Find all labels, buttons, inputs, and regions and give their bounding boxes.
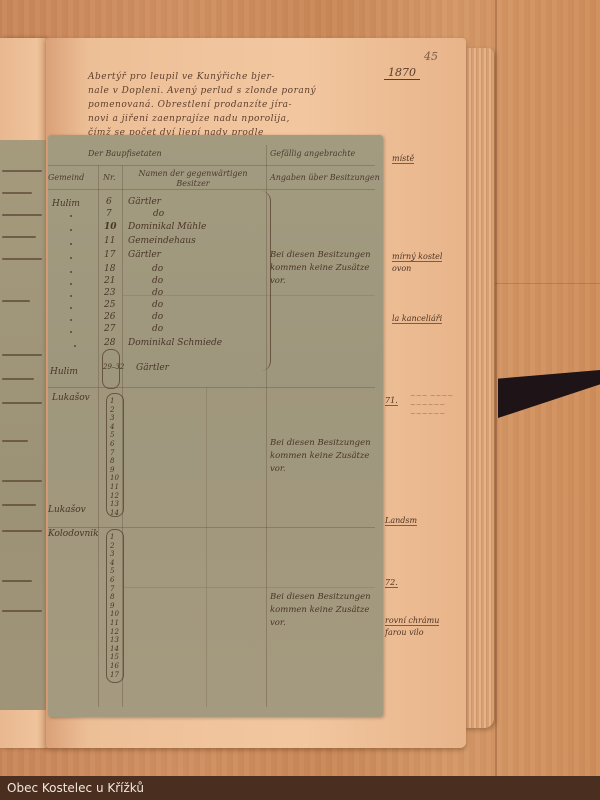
row-number: 25 (104, 300, 115, 310)
row-name: Gärtler (128, 197, 161, 207)
margin-note: ovon (392, 264, 411, 273)
column-header-remarks-top: Gefällig angebrachte (270, 149, 355, 158)
margin-note: 72. (385, 578, 398, 588)
handwritten-line: pomenovaná. Obrestlení prodanzíte jíra- (88, 100, 292, 110)
handwritten-line: Abertýř pro leupil ve Kunýřiche bjer- (88, 72, 275, 82)
handwritten-line: novi a jiřeni zaenprajíze nadu nporolija… (88, 114, 290, 124)
row-name: Gärtler (128, 250, 161, 260)
row-number: 27 (104, 324, 115, 334)
row-name: do (153, 209, 164, 219)
row-number: 11 (104, 236, 115, 246)
year-heading: 1870 (384, 66, 420, 80)
row-number: 26 (104, 312, 115, 322)
remark-text: Bei diesen Besitzungen kommen keine Zusä… (270, 591, 380, 630)
left-pasted-slip (0, 140, 46, 710)
row-name: do (152, 312, 163, 322)
margin-note: la kanceliáři (392, 314, 442, 324)
row-number: 10 (104, 222, 117, 232)
plank-seam-horizontal (495, 283, 600, 284)
row-name: do (152, 276, 163, 286)
group-place: Kolodovnik (48, 529, 99, 539)
row-number: 28 (104, 338, 115, 348)
caption-title: Obec Kostelec u Křížků (7, 781, 144, 795)
margin-note: Landsm (385, 516, 417, 526)
row-number: 21 (104, 276, 115, 286)
table-group-title: Der Baupfisetaten (88, 149, 162, 158)
row-name: Gemeindehaus (128, 236, 196, 246)
group-place-start: Lukašov (52, 393, 90, 403)
row-name: do (152, 300, 163, 310)
row-name: do (152, 324, 163, 334)
remark-text: Bei diesen Besitzungen kommen keine Zusä… (270, 437, 380, 476)
row-place: Hulim (50, 367, 78, 377)
row-place: Hulim (52, 199, 80, 209)
row-number: 23 (104, 288, 115, 298)
group-numbers: 1234567891011121314151617 (110, 533, 120, 679)
row-number: 6 (106, 197, 112, 207)
column-header-remarks-bottom: Angaben über Besitzungen (270, 173, 380, 182)
row-number: 17 (104, 250, 115, 260)
column-header-place: Gemeind (48, 173, 84, 182)
caption-bar: Obec Kostelec u Křížků (0, 776, 600, 800)
row-number: 18 (104, 264, 115, 274)
margin-note: rovní chrámu (385, 616, 439, 626)
page-edges (462, 48, 494, 728)
row-name: Dominikal Schmiede (128, 338, 222, 348)
pasted-register-slip: Der Baupfisetaten Gemeind Nr. Namen der … (48, 135, 383, 717)
margin-note: 71. (385, 396, 398, 406)
row-number: 7 (106, 209, 112, 219)
margin-note: mírný kostel (392, 252, 442, 262)
row-name: do (152, 264, 163, 274)
group-place-end: Lukašov (48, 505, 86, 515)
row-name: do (152, 288, 163, 298)
group-numbers: 1234567891011121314 (110, 397, 120, 517)
column-header-names: Namen der gegenwärtigen Besitzer (128, 169, 258, 189)
page-number: 45 (424, 50, 438, 63)
margin-note: místě (392, 154, 414, 164)
faint-margin-note: ~~~ ~~~~~~~~~~~~~~~~ (410, 392, 470, 419)
plank-seam (495, 0, 497, 776)
column-header-number: Nr. (103, 173, 116, 182)
row-name: Dominikal Mühle (128, 222, 206, 232)
remark-text: Bei diesen Besitzungen kommen keine Zusä… (270, 249, 380, 288)
row-number: 29–32 (103, 363, 124, 371)
handwritten-line: nale v Dopleni. Avený perlud s zlonde po… (88, 86, 316, 96)
row-name: Gärtler (136, 363, 169, 373)
margin-note: farou vilo (385, 628, 424, 637)
